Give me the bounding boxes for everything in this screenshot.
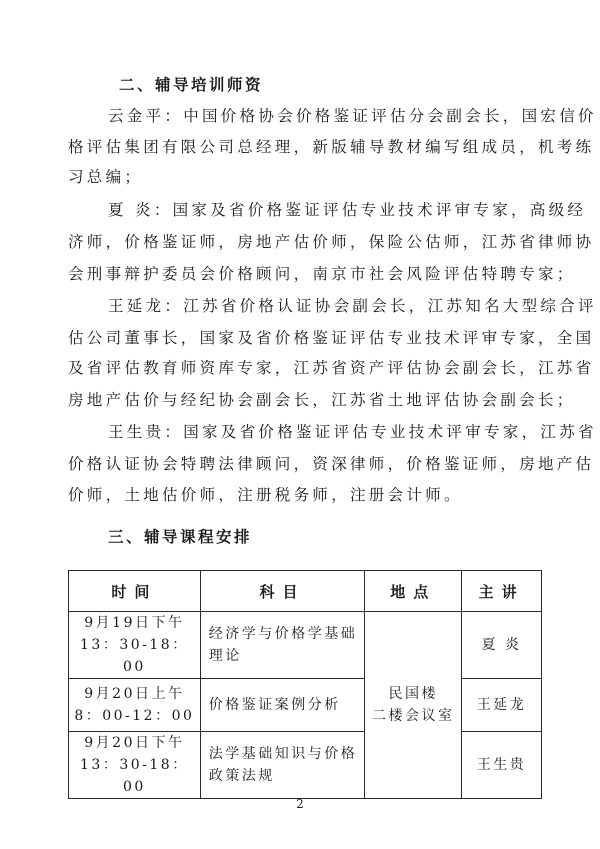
section-2-heading: 二、辅导培训师资: [119, 75, 263, 95]
page-number: 2: [0, 797, 600, 811]
time-cell: 9月19日下午 13：30-18：00: [69, 612, 201, 679]
subject-line: 理论: [209, 645, 365, 667]
subject-cell: 经济学与价格学基础 理论: [200, 612, 365, 679]
header-location: 地点: [365, 571, 462, 612]
time-date: 9月20日上午: [69, 683, 200, 705]
faculty-line: 房地产估价与经纪协会副会长，江苏省土地评估协会副会长；: [68, 390, 576, 410]
time-date: 9月20日下午: [69, 732, 200, 754]
time-range: 8：00-12：00: [69, 705, 200, 727]
time-cell: 9月20日下午 13：30-18：00: [69, 732, 201, 799]
faculty-line: 及省评估教育师资库专家，江苏省资产评估协会副会长，江苏省: [68, 358, 594, 378]
lecturer-cell: 王生贵: [462, 732, 542, 799]
time-date: 9月19日下午: [69, 612, 200, 634]
location-cell: 民国楼 二楼会议室: [365, 612, 462, 799]
section-3-heading: 三、辅导课程安排: [108, 527, 252, 547]
header-lecturer: 主讲: [462, 571, 542, 612]
course-schedule-table: 时间 科目 地点 主讲 9月19日下午 13：30-18：00 经济学与价格学基…: [68, 570, 542, 799]
faculty-line: 云金平：中国价格协会价格鉴证评估分会副会长，国宏信价: [108, 106, 597, 126]
faculty-line: 习总编；: [68, 167, 143, 187]
faculty-line: 济师，价格鉴证师，房地产估价师，保险公估师，江苏省律师协: [68, 232, 594, 252]
faculty-line: 价师，土地估价师，注册税务师，注册会计师。: [68, 485, 463, 505]
subject-line: 经济学与价格学基础: [209, 623, 365, 645]
table-row: 9月20日下午 13：30-18：00 法学基础知识与价格 政策法规 王生贵: [69, 732, 542, 799]
header-time: 时间: [69, 571, 201, 612]
time-cell: 9月20日上午 8：00-12：00: [69, 679, 201, 732]
faculty-line: 夏 炎：国家及省价格鉴证评估专业技术评审专家，高级经: [108, 200, 586, 220]
subject-cell: 价格鉴证案例分析: [200, 679, 365, 732]
table-row: 9月20日上午 8：00-12：00 价格鉴证案例分析 王延龙: [69, 679, 542, 732]
faculty-line: 会刑事辩护委员会价格顾问，南京市社会风险评估特聘专家；: [68, 264, 576, 284]
table-row: 9月19日下午 13：30-18：00 经济学与价格学基础 理论 民国楼 二楼会…: [69, 612, 542, 679]
faculty-line: 估公司董事长，国家及省价格鉴证评估专业技术评审专家，全国: [68, 328, 594, 348]
subject-line: 政策法规: [209, 765, 365, 787]
time-range: 13：30-18：00: [69, 634, 200, 678]
faculty-line: 价格认证协会特聘法律顾问，资深律师，价格鉴证师，房地产估: [68, 454, 594, 474]
location-line: 二楼会议室: [365, 705, 461, 727]
location-line: 民国楼: [365, 683, 461, 705]
subject-line: 法学基础知识与价格: [209, 743, 365, 765]
time-range: 13：30-18：00: [69, 754, 200, 798]
lecturer-cell: 王延龙: [462, 679, 542, 732]
faculty-line: 王生贵：国家及省价格鉴证评估专业技术评审专家，江苏省: [108, 422, 597, 442]
table-header-row: 时间 科目 地点 主讲: [69, 571, 542, 612]
subject-line: 价格鉴证案例分析: [209, 694, 365, 716]
faculty-line: 王延龙：江苏省价格认证协会副会长，江苏知名大型综合评: [108, 296, 597, 316]
lecturer-cell: 夏 炎: [462, 612, 542, 679]
subject-cell: 法学基础知识与价格 政策法规: [200, 732, 365, 799]
header-subject: 科目: [200, 571, 365, 612]
faculty-line: 格评估集团有限公司总经理，新版辅导教材编写组成员，机考练: [68, 137, 594, 157]
